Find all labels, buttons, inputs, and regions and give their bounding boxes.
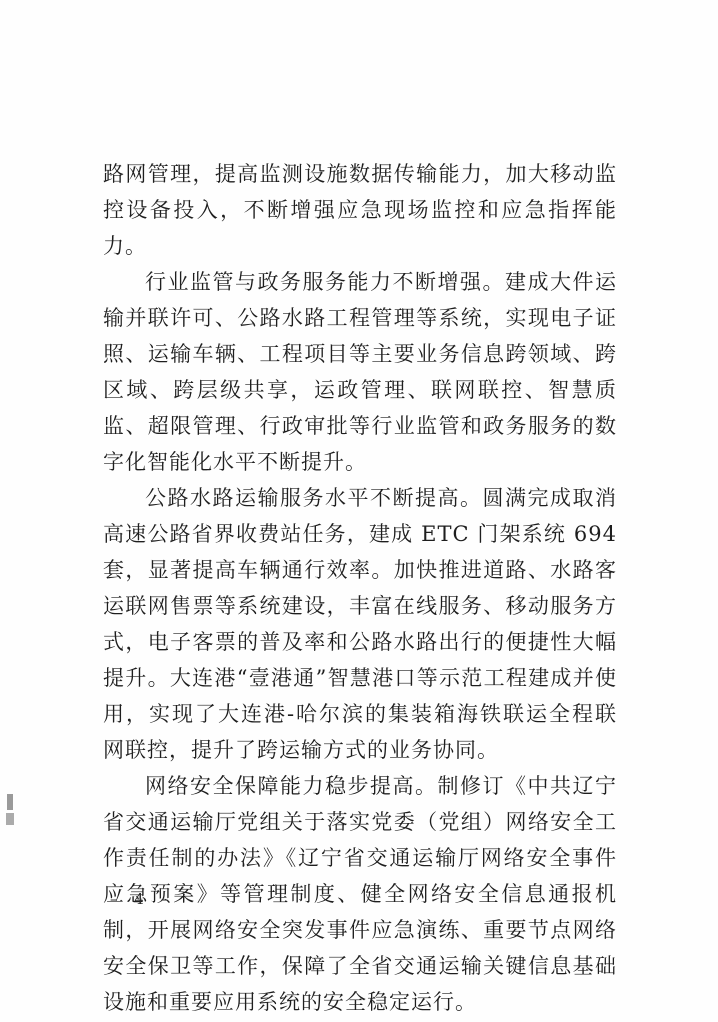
- body-text: 路网管理，提高监测设施数据传输能力，加大移动监控设备投入，不断增强应急现场监控和…: [103, 156, 617, 1020]
- scan-artifact: [7, 794, 13, 810]
- scanned-document-page: 路网管理，提高监测设施数据传输能力，加大移动监控设备投入，不断增强应急现场监控和…: [0, 0, 718, 1022]
- paragraph-industry-supervision: 行业监管与政务服务能力不断增强。建成大件运输并联许可、公路水路工程管理等系统，实…: [103, 264, 617, 480]
- paragraph-transport-service: 公路水路运输服务水平不断提高。圆满完成取消高速公路省界收费站任务，建成 ETC …: [103, 480, 617, 768]
- scan-artifact: [6, 813, 14, 825]
- paragraph-network-security: 网络安全保障能力稳步提高。制修订《中共辽宁省交通运输厅党组关于落实党委（党组）网…: [103, 768, 617, 1020]
- paragraph-continuation: 路网管理，提高监测设施数据传输能力，加大移动监控设备投入，不断增强应急现场监控和…: [103, 156, 617, 264]
- page-number: – 4 –: [110, 890, 174, 908]
